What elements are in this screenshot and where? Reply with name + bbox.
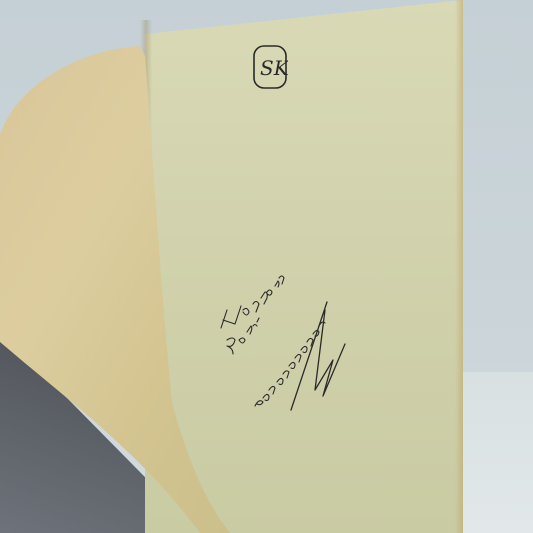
publisher-logo-icon: SK (252, 44, 288, 90)
right-page-edge (455, 0, 463, 533)
book-photo: SK (0, 0, 533, 533)
svg-text:SK: SK (260, 56, 288, 80)
handwritten-inscription (195, 240, 355, 420)
background-surface (460, 372, 533, 533)
